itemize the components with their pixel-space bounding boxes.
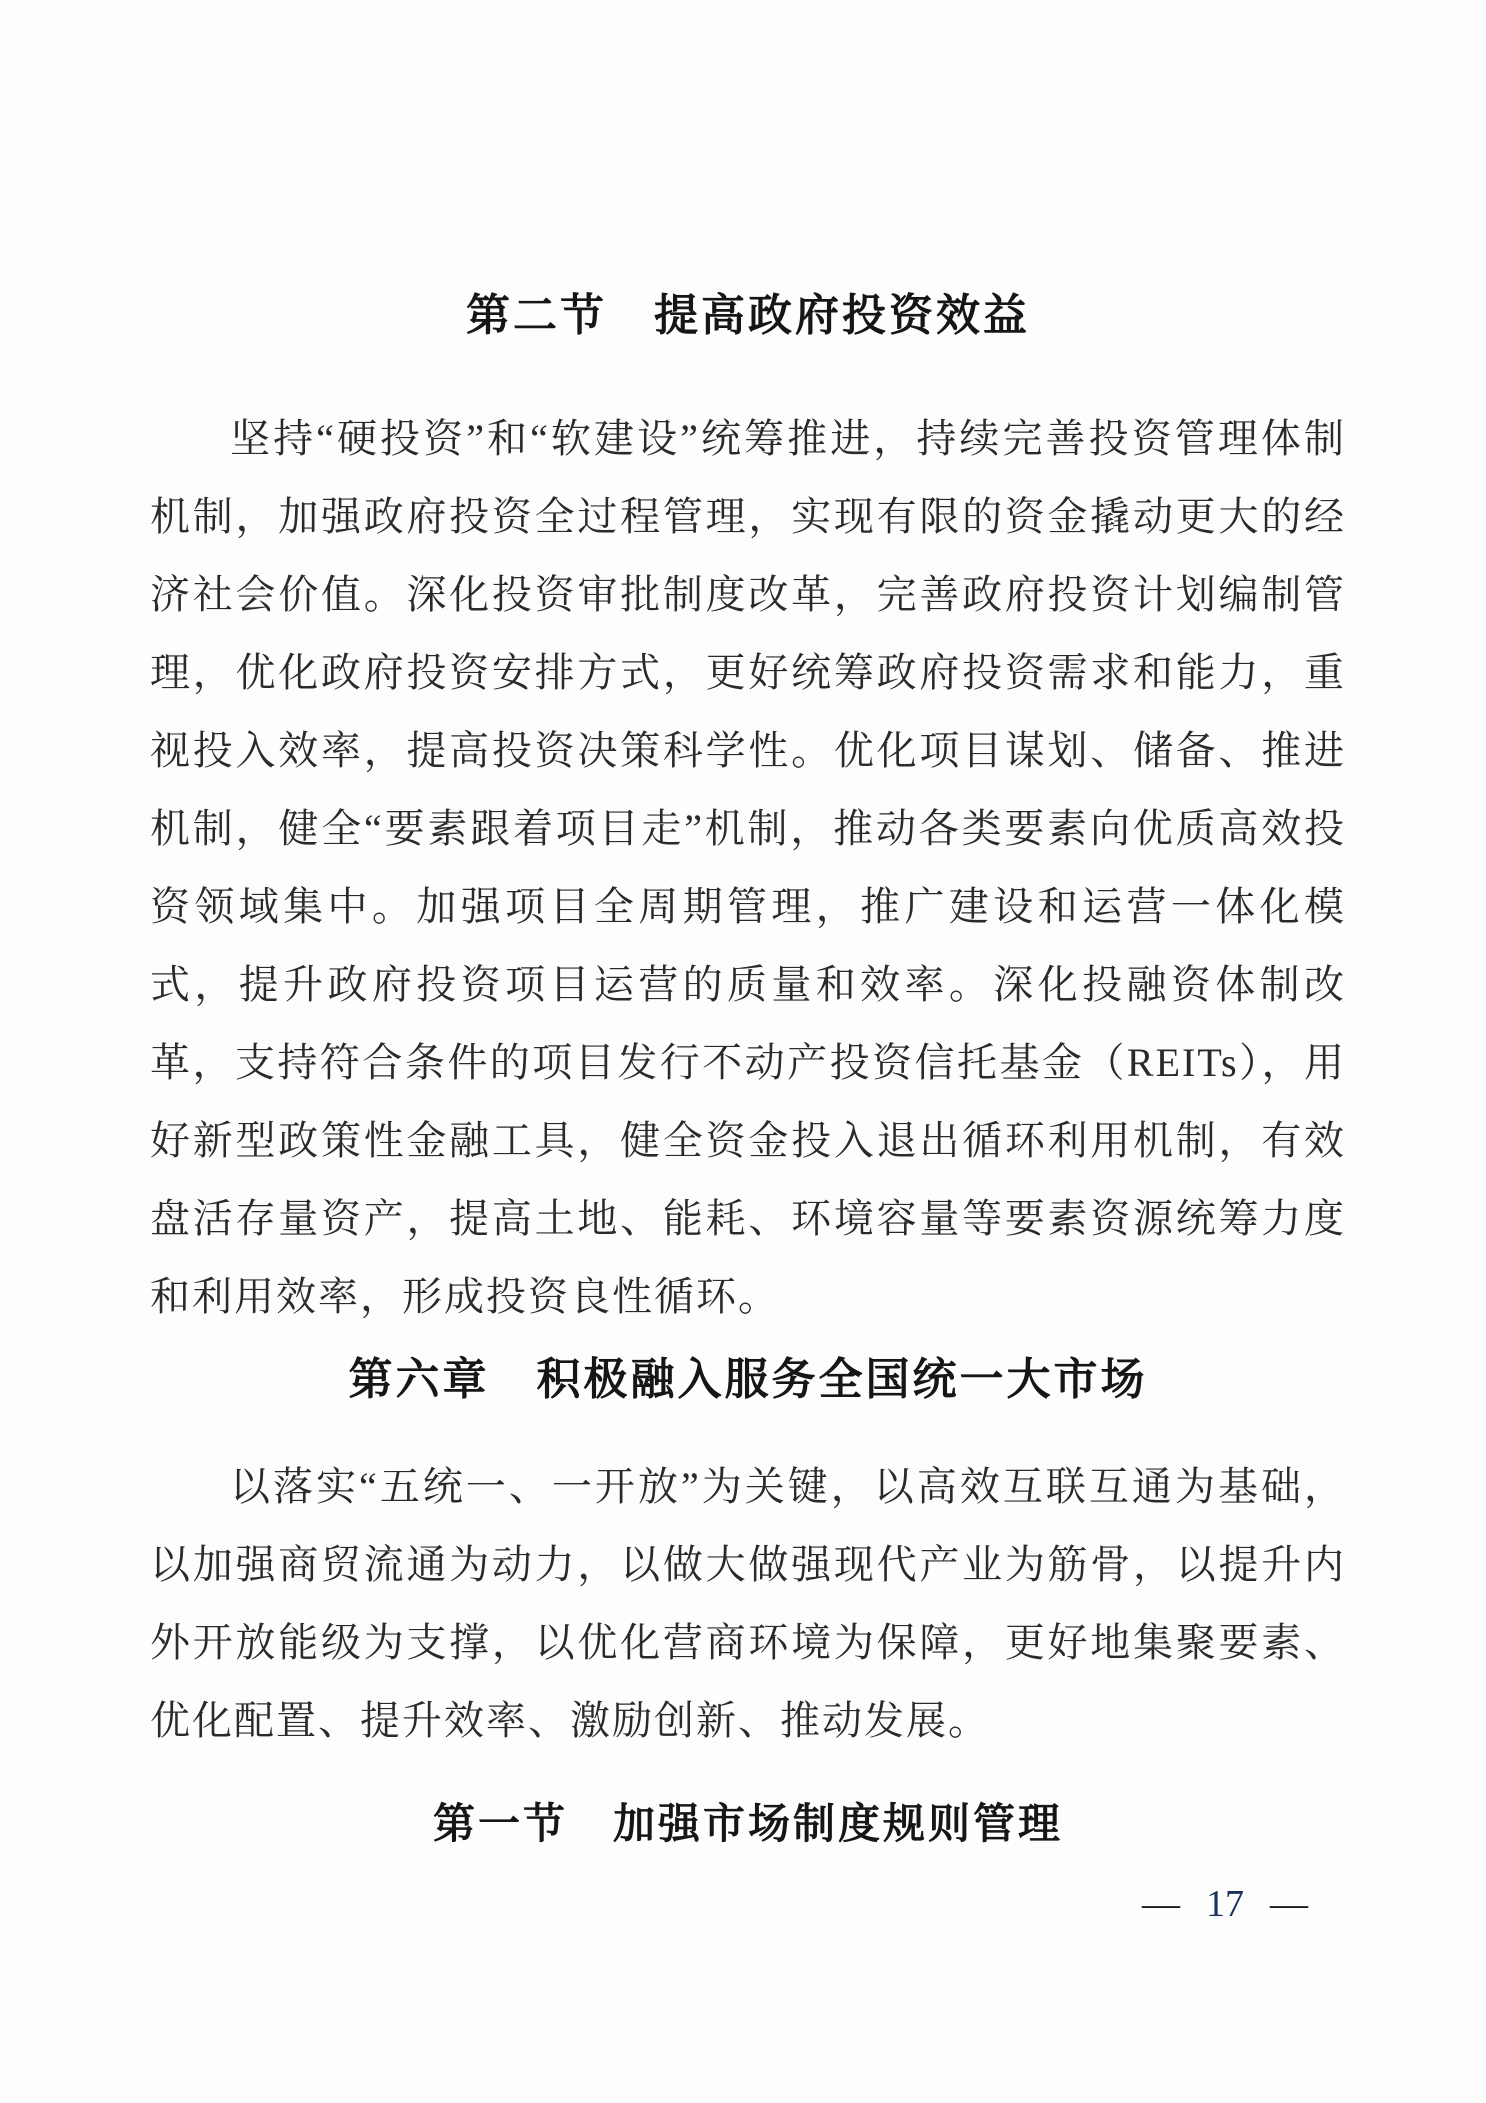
page-footer: —17— — [1142, 1882, 1308, 1926]
section-2-heading: 第二节 提高政府投资效益 — [150, 290, 1346, 342]
paragraph-unified-market: 以落实“五统一、一开放”为关键，以高效互联互通为基础，以加强商贸流通为动力，以做… — [150, 1448, 1346, 1760]
chapter-6-heading: 第六章 积极融入服务全国统一大市场 — [150, 1354, 1346, 1406]
section-1-heading: 第一节 加强市场制度规则管理 — [150, 1798, 1346, 1850]
paragraph-government-investment: 坚持“硬投资”和“软建设”统筹推进，持续完善投资管理体制机制，加强政府投资全过程… — [150, 400, 1346, 1336]
document-page: 第二节 提高政府投资效益 坚持“硬投资”和“软建设”统筹推进，持续完善投资管理体… — [0, 0, 1486, 2103]
page-number: 17 — [1206, 1882, 1244, 1926]
footer-dash-left: — — [1142, 1883, 1180, 1925]
footer-dash-right: — — [1270, 1883, 1308, 1925]
